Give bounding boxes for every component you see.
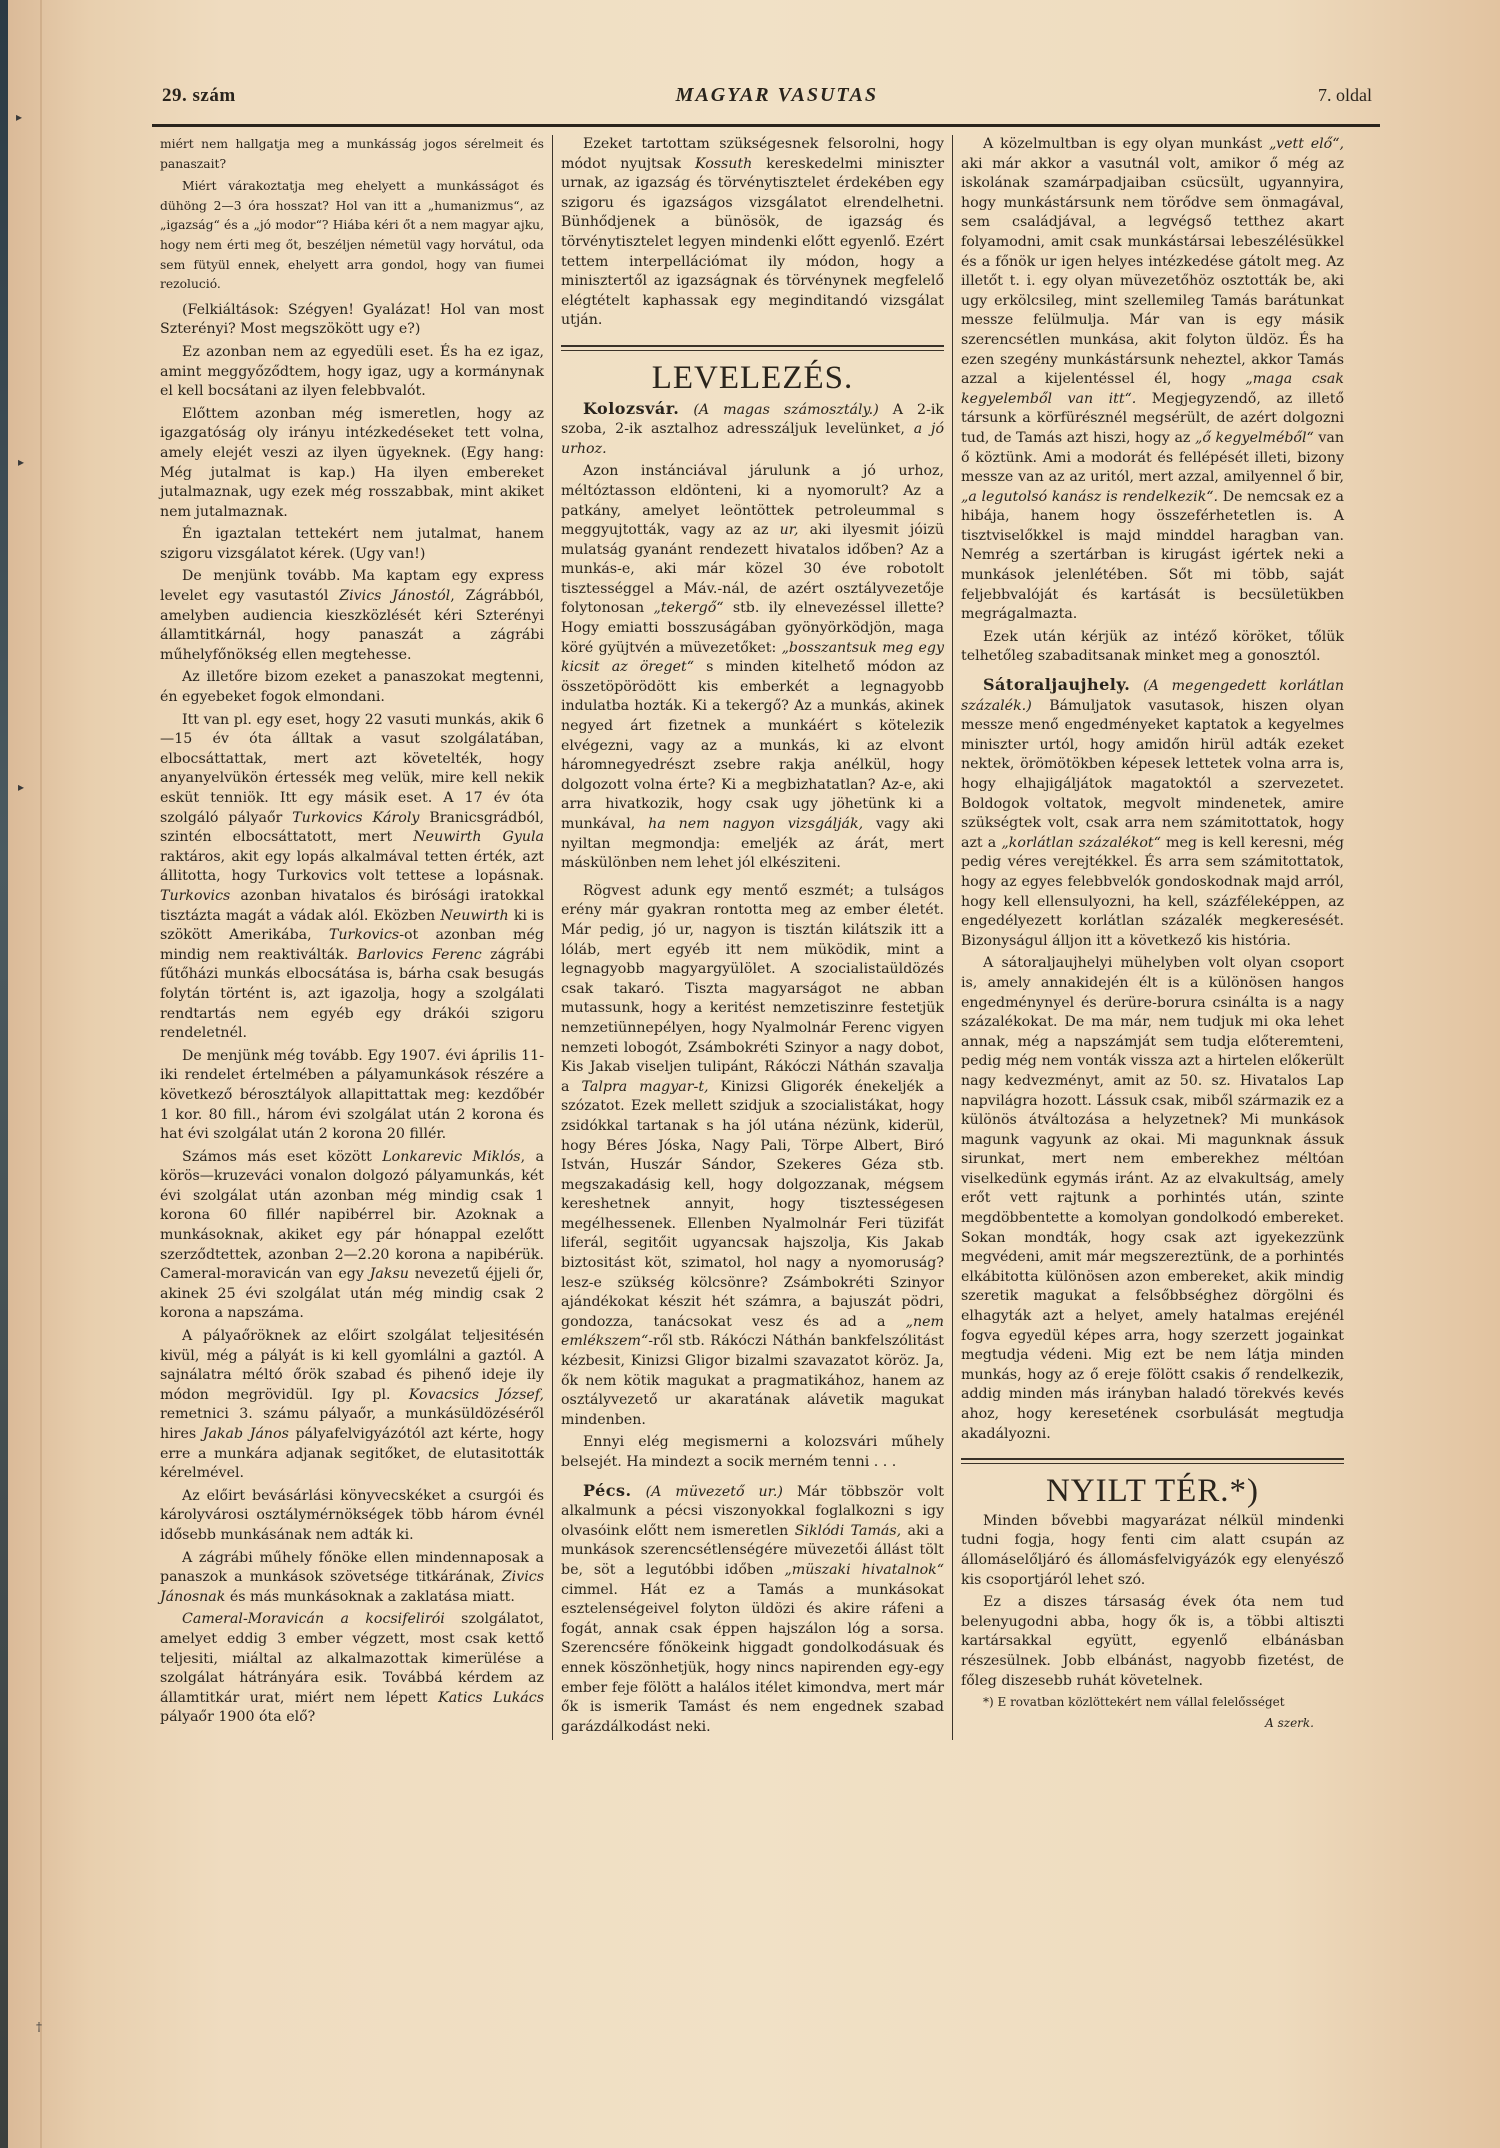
editor-signature: A szerk. bbox=[961, 1714, 1344, 1734]
newspaper-title: MAGYAR VASUTAS bbox=[676, 84, 878, 107]
paragraph: De menjünk még tovább. Egy 1907. évi ápr… bbox=[160, 1047, 544, 1145]
footnote: *) E rovatban közlöttekért nem vállal fe… bbox=[961, 1694, 1344, 1711]
letter-pecs: Pécs. (A müvezető ur.) Már többször volt… bbox=[561, 1481, 944, 1738]
paragraph: Itt van pl. egy eset, hogy 22 vasuti mun… bbox=[160, 711, 544, 1044]
paragraph: (Felkiáltások: Szégyen! Gyalázat! Hol va… bbox=[160, 301, 544, 340]
section-divider bbox=[561, 345, 944, 351]
page-number: 7. oldal bbox=[1318, 85, 1372, 106]
issue-number: 29. szám bbox=[162, 85, 236, 107]
paragraph: De menjünk tovább. Ma kaptam egy express… bbox=[160, 567, 544, 665]
letter-kolozsvar: Kolozsvár. (A magas számosztály.) A 2-ik… bbox=[561, 399, 944, 460]
scan-mark-icon: ▸ bbox=[16, 110, 22, 124]
section-heading-levelezes: LEVELEZÉS. bbox=[561, 369, 944, 389]
paragraph: Ez azonban nem az egyedüli eset. És ha e… bbox=[160, 343, 544, 402]
letter-satoraljaujhely: Sátoraljaujhely. (A megengedett korlátla… bbox=[961, 675, 1344, 951]
paragraph: Minden bővebbi magyarázat nélkül mindenk… bbox=[961, 1512, 1344, 1590]
masthead: 29. szám MAGYAR VASUTAS 7. oldal bbox=[152, 84, 1380, 122]
section-heading-nyilt-ter: NYILT TÉR.*) bbox=[961, 1482, 1344, 1502]
scan-mark-icon: † bbox=[36, 2020, 42, 2034]
paragraph: Azon instánciával járulunk a jó urhoz, m… bbox=[561, 462, 944, 873]
paragraph: Rögvest adunk egy mentő eszmét; a tulság… bbox=[561, 882, 944, 1431]
paragraph: A sátoraljaujhelyi mühelyben volt olyan … bbox=[961, 954, 1344, 1444]
scan-mark-icon: ▸ bbox=[18, 455, 24, 469]
paragraph: Cameral-Moravicán a kocsifelirói szolgál… bbox=[160, 1610, 544, 1728]
column-1: miért nem hallgatja meg a munkásság jogo… bbox=[152, 135, 552, 1740]
paragraph: Az illetőre bizom ezeket a panaszokat me… bbox=[160, 668, 544, 707]
paragraph: Miért várakoztatja meg ehelyett a munkás… bbox=[160, 177, 544, 295]
columns: miért nem hallgatja meg a munkásság jogo… bbox=[152, 135, 1380, 1740]
paragraph: A pályaőröknek az előirt szolgálat telje… bbox=[160, 1327, 544, 1484]
paper-fold bbox=[40, 0, 42, 2148]
paragraph: A közelmultban is egy olyan munkást „vet… bbox=[961, 135, 1344, 625]
paragraph: Előttem azonban még ismeretlen, hogy az … bbox=[160, 405, 544, 523]
header-rule bbox=[152, 124, 1380, 127]
paragraph: Az előirt bevásárlási könyvecskéket a cs… bbox=[160, 1487, 544, 1546]
paragraph: Ezeket tartottam szükségesnek felsorolni… bbox=[561, 135, 944, 331]
paragraph: Ezek után kérjük az intéző köröket, tőlü… bbox=[961, 628, 1344, 667]
paragraph: miért nem hallgatja meg a munkásság jogo… bbox=[160, 135, 544, 174]
paragraph: Én igaztalan tettekért nem jutalmat, han… bbox=[160, 525, 544, 564]
scan-edge bbox=[0, 0, 8, 2148]
paragraph: Ennyi elég megismerni a kolozsvári műhel… bbox=[561, 1433, 944, 1472]
paragraph: A zágrábi műhely főnöke ellen mindennapo… bbox=[160, 1549, 544, 1608]
section-divider bbox=[961, 1458, 1344, 1464]
column-3: A közelmultban is egy olyan munkást „vet… bbox=[952, 135, 1352, 1740]
newspaper-page: 29. szám MAGYAR VASUTAS 7. oldal miért n… bbox=[152, 84, 1380, 1740]
paragraph: Számos más eset között Lonkarevic Miklós… bbox=[160, 1148, 544, 1324]
scan-mark-icon: ▸ bbox=[18, 780, 24, 794]
column-2: Ezeket tartottam szükségesnek felsorolni… bbox=[552, 135, 952, 1740]
paragraph: Ez a diszes társaság évek óta nem tud be… bbox=[961, 1593, 1344, 1691]
smallprint-block: miért nem hallgatja meg a munkásság jogo… bbox=[160, 135, 544, 295]
